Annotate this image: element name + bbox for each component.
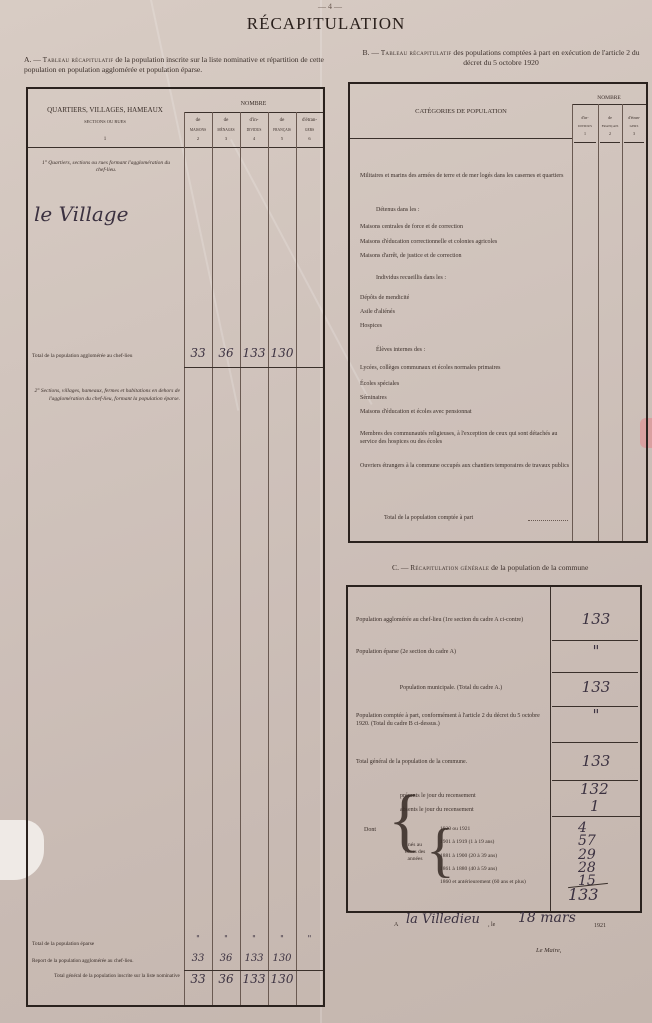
- summary-row-value: ": [556, 642, 636, 660]
- category-row-label: Maisons d'éducation et écoles avec pensi…: [360, 408, 570, 416]
- table-a-column-rule: [184, 112, 185, 1005]
- category-row-label: Asile d'aliénés: [360, 308, 570, 316]
- grand-total-label: Total général de la population inscrite …: [50, 973, 184, 980]
- column-header-number: 6: [296, 135, 323, 143]
- signature-a: A: [394, 921, 398, 929]
- category-group-label: Détenus dans les :: [376, 206, 566, 214]
- table-b-header-rule: [350, 138, 572, 139]
- column-header-label: DIVIDUS: [572, 122, 598, 130]
- column-header-de: d'étran-: [622, 114, 646, 122]
- absents-label: absents le jour du recensement: [400, 806, 540, 814]
- table-a-cell: 33: [184, 972, 212, 986]
- dont-rule: [552, 816, 640, 817]
- category-row-label: Hospices: [360, 322, 570, 330]
- table-a-cell: 133: [240, 953, 268, 964]
- table-a-cell: ": [184, 934, 212, 943]
- column-header-number: 2: [598, 130, 622, 138]
- table-a-cell: 36: [212, 953, 240, 964]
- table-a-cell: 36: [212, 346, 240, 360]
- table-c-frame: [346, 585, 642, 913]
- col1-title: QUARTIERS, VILLAGES, HAMEAUX: [30, 106, 180, 114]
- presents-value: 132: [580, 780, 609, 798]
- table-a-cell: 133: [240, 972, 268, 986]
- summary-row-value: ": [556, 706, 636, 724]
- column-header-number: 3: [622, 130, 646, 138]
- table-b-column-rule: [598, 104, 599, 541]
- table-a-column-rule: [212, 112, 213, 1005]
- table-b-column-rule: [622, 104, 623, 541]
- absents-value: 1: [590, 797, 600, 815]
- table-a-column-rule: [240, 112, 241, 1005]
- presents-label: présents le jour du recensement: [400, 792, 540, 800]
- summary-row-label: Population comptée à part, conformément …: [356, 712, 546, 728]
- table-a-cell: 130: [268, 346, 296, 360]
- section2-label: 2° Sections, villages, hameaux, fermes e…: [32, 388, 180, 403]
- table-a-cell: 130: [268, 953, 296, 964]
- category-row-label: Séminaires: [360, 394, 570, 402]
- column-header-label: DIVIDUS: [240, 126, 268, 134]
- column-header-number: 1: [572, 130, 598, 138]
- birth-range-label: 1861 à 1880 (40 à 59 ans): [440, 866, 548, 872]
- table-c-value-column-rule: [550, 587, 551, 911]
- summary-row-label: Population municipale. (Total du cadre A…: [356, 684, 546, 692]
- summary-row-label: Total général de la population de la com…: [356, 758, 546, 766]
- column-header-de: d'in-: [240, 117, 268, 125]
- table-a-heading: A. — Tableau récapitulatif de la populat…: [24, 55, 324, 75]
- col1-subtitle: SECTIONS OU RUES: [30, 118, 180, 126]
- table-b-total-label: Total de la population comptée à part: [384, 514, 473, 522]
- table-b-nombre-rule: [572, 104, 646, 105]
- table-a-cell: 33: [184, 953, 212, 964]
- table-a-cell: ": [240, 934, 268, 943]
- signature-place: la Villedieu: [406, 912, 480, 927]
- summary-row-value: 133: [556, 678, 636, 696]
- total-agglomeree-rule: [184, 367, 323, 368]
- column-header-label: FRANÇAIS: [598, 122, 622, 130]
- summary-row-rule: [552, 672, 638, 673]
- births-total: 133: [568, 885, 599, 904]
- nombre-rule: [184, 112, 323, 113]
- column-header-label: GERS: [622, 122, 646, 130]
- column-header-label: MÉNAGES: [212, 126, 240, 134]
- summary-row-rule: [552, 640, 638, 641]
- table-c-heading: C. — Récapitulation générale de la popul…: [392, 563, 652, 573]
- column-header-number: 4: [240, 135, 268, 143]
- column-header-de: d'étran-: [296, 117, 323, 125]
- summary-row-value: 133: [556, 752, 636, 770]
- report-label: Report de la population agglomérée au ch…: [32, 957, 182, 965]
- table-b-total-dots: [528, 520, 568, 521]
- table-a-header-rule: [28, 147, 323, 148]
- total-eparse-label: Total de la population éparse: [32, 940, 182, 948]
- section1-label: 1° Quartiers, sections ou rues formant l…: [36, 160, 176, 174]
- table-b-heading: B. — Tableau récapitulatif des populatio…: [356, 48, 646, 68]
- signature-le: , le: [488, 921, 495, 929]
- category-row-label: Maisons d'éducation correctionnelle et c…: [360, 238, 570, 246]
- table-a-cell: 130: [268, 972, 296, 986]
- column-header-number: 3: [212, 135, 240, 143]
- table-b-col1-title: CATÉGORIES DE POPULATION: [350, 108, 572, 116]
- report-rule: [184, 970, 323, 971]
- category-row-label: Membres des communautés religieuses, à l…: [360, 430, 570, 446]
- column-header-label: GERS: [296, 126, 323, 134]
- summary-row-label: Population éparse (2e section du cadre A…: [356, 648, 546, 656]
- column-header-number: 5: [268, 135, 296, 143]
- table-a-column-rule: [296, 112, 297, 1005]
- category-group-label: Individus recueillis dans les :: [376, 274, 566, 282]
- table-a-column-rule: [268, 112, 269, 1005]
- column-header-de: de: [212, 117, 240, 125]
- category-row-label: Écoles spéciales: [360, 380, 570, 388]
- column-header-rule: [600, 142, 620, 143]
- page-title: RÉCAPITULATION: [0, 14, 652, 34]
- category-group-label: Élèves internes des :: [376, 346, 566, 354]
- category-row-label: Ouvriers étrangers à la commune occupés …: [360, 462, 570, 470]
- summary-row-value: 133: [556, 610, 636, 628]
- column-header-rule: [624, 142, 644, 143]
- dont-label: Dont: [364, 826, 376, 834]
- nombre-header: NOMBRE: [184, 100, 323, 108]
- column-header-de: de: [268, 117, 296, 125]
- signature-date: 18 mars: [518, 910, 576, 926]
- birth-range-label: 1901 à 1919 (1 à 19 ans): [440, 839, 548, 845]
- le-maire-label: Le Maire,: [536, 947, 561, 955]
- birth-range-label: 1920 ou 1921: [440, 826, 548, 832]
- birth-range-label: 1881 à 1900 (20 à 39 ans): [440, 853, 548, 859]
- category-row-label: Maisons centrales de force et de correct…: [360, 223, 570, 231]
- column-header-de: d'in-: [572, 114, 598, 122]
- table-a-cell: 33: [184, 346, 212, 360]
- birth-range-label: 1860 et antérieurement (60 ans et plus): [440, 879, 548, 885]
- table-b-nombre: NOMBRE: [572, 94, 646, 102]
- category-row-label: Lycées, collèges communaux et écoles nor…: [360, 364, 570, 372]
- category-row-label: Dépôts de mendicité: [360, 294, 570, 302]
- section1-entry: le Village: [34, 202, 128, 226]
- table-a-cell: 133: [240, 346, 268, 360]
- nes-label: nés au cours des années: [402, 842, 428, 863]
- table-a-cell: ": [268, 934, 296, 943]
- column-header-rule: [574, 142, 596, 143]
- column-header-de: de: [184, 117, 212, 125]
- table-a-cell: ": [212, 934, 240, 943]
- total-agglomeree-label: Total de la population agglomérée au che…: [32, 352, 182, 360]
- column-header-number: 2: [184, 135, 212, 143]
- page-number: — 4 —: [318, 2, 342, 11]
- table-b-column-rule: [572, 104, 573, 541]
- col1-number: 1: [30, 136, 180, 144]
- category-row-label: Militaires et marins des armées de terre…: [360, 172, 570, 180]
- summary-row-rule: [552, 742, 638, 743]
- summary-row-label: Population agglomérée au chef-lieu (1re …: [356, 616, 546, 624]
- signature-year: 1921: [594, 922, 606, 930]
- table-a-cell: 36: [212, 972, 240, 986]
- column-header-label: MAISONS: [184, 126, 212, 134]
- table-a-cell: ": [296, 934, 323, 943]
- category-row-label: Maisons d'arrêt, de justice et de correc…: [360, 252, 570, 260]
- column-header-label: FRANÇAIS: [268, 126, 296, 134]
- column-header-de: de: [598, 114, 622, 122]
